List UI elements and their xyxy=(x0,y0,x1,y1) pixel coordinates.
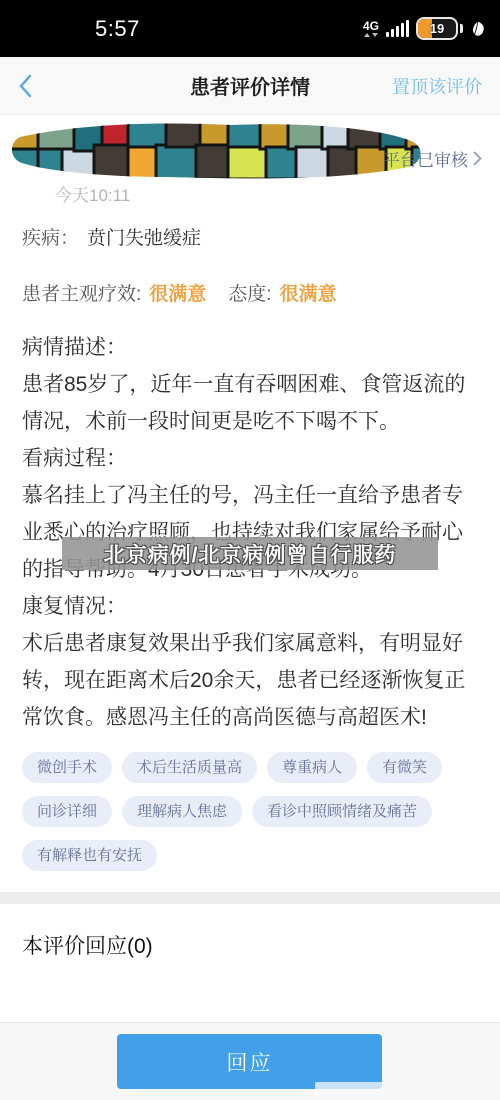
section-title-process: 看病过程： xyxy=(22,440,478,477)
network-type-label: 4G xyxy=(363,20,379,32)
chevron-right-icon xyxy=(473,151,482,166)
audit-status-label: 平台已审核 xyxy=(383,146,468,171)
tag-pill: 微创手术 xyxy=(22,752,112,783)
tag-pill: 看诊中照顾情绪及痛苦 xyxy=(252,796,432,827)
satisfaction-row: 患者主观疗效:很满意态度:很满意 xyxy=(0,279,500,306)
tag-pill: 术后生活质量高 xyxy=(122,752,257,783)
redaction-scribble xyxy=(6,119,430,183)
review-sections: 病情描述： 患者85岁了，近年一直有吞咽困难、食管返流的情况，术前一段时间更是吃… xyxy=(0,329,500,736)
tag-pill: 理解病人焦虑 xyxy=(122,796,242,827)
battery-nub xyxy=(460,24,463,33)
footer-bar: 回应 xyxy=(0,1022,500,1100)
battery-percent: 19 xyxy=(418,19,456,38)
signal-strength-icon xyxy=(386,20,409,37)
back-button[interactable] xyxy=(18,74,52,98)
tag-pill: 有解释也有安抚 xyxy=(22,840,157,871)
section-body-process: 慕名挂上了冯主任的号，冯主任一直给予患者专业悉心的治疗照顾，也持续对我们家属给予… xyxy=(22,477,478,588)
network-activity-icon xyxy=(364,33,378,37)
network-indicator: 4G xyxy=(363,20,379,37)
attitude-label: 态度: xyxy=(228,284,271,305)
efficacy-label: 患者主观疗效: xyxy=(22,284,141,305)
attitude-value: 很满意 xyxy=(280,284,337,305)
section-title-recovery: 康复情况： xyxy=(22,588,478,625)
tag-pill: 有微笑 xyxy=(367,752,442,783)
battery-icon: 19 xyxy=(416,17,458,40)
section-body-recovery: 术后患者康复效果出乎我们家属意料，有明显好转，现在距离术后20余天，患者已经逐渐… xyxy=(22,625,478,736)
back-chevron-icon xyxy=(18,74,32,98)
tag-pill: 尊重病人 xyxy=(267,752,357,783)
status-bar: 5:57 4G 19 xyxy=(0,0,500,57)
screenshot-artifact xyxy=(315,1082,385,1098)
reviewer-row: 姓名仅您可见 xyxy=(0,115,500,205)
section-body-condition: 患者85岁了，近年一直有吞咽困难、食管返流的情况，术前一段时间更是吃不下喝不下。 xyxy=(22,366,478,440)
review-tags: 微创手术 术后生活质量高 尊重病人 有微笑 问诊详细 理解病人焦虑 看诊中照顾情… xyxy=(0,752,500,871)
efficacy-value: 很满意 xyxy=(149,284,206,305)
navigation-bar: 患者评价详情 置顶该评价 xyxy=(0,57,500,115)
tag-pill: 问诊详细 xyxy=(22,796,112,827)
disease-label: 疾病： xyxy=(22,228,79,249)
review-timestamp: 今天10:11 xyxy=(55,181,130,206)
review-detail-card: 姓名仅您可见 xyxy=(0,115,500,871)
power-save-leaf-icon xyxy=(470,20,486,38)
reply-button[interactable]: 回应 xyxy=(117,1034,382,1089)
section-title-condition: 病情描述： xyxy=(22,329,478,366)
clock: 5:57 xyxy=(95,16,140,42)
disease-row: 疾病：贲门失弛缓症 xyxy=(0,223,500,250)
disease-value: 贲门失弛缓症 xyxy=(87,228,201,249)
section-divider xyxy=(0,892,500,904)
pin-review-button[interactable]: 置顶该评价 xyxy=(392,73,482,99)
platform-audited-link[interactable]: 平台已审核 xyxy=(383,146,482,171)
watermark-caption: 北京病例/北京病例曾自行服药 xyxy=(62,537,438,570)
reply-count-heading: 本评价回应(0) xyxy=(0,904,500,984)
